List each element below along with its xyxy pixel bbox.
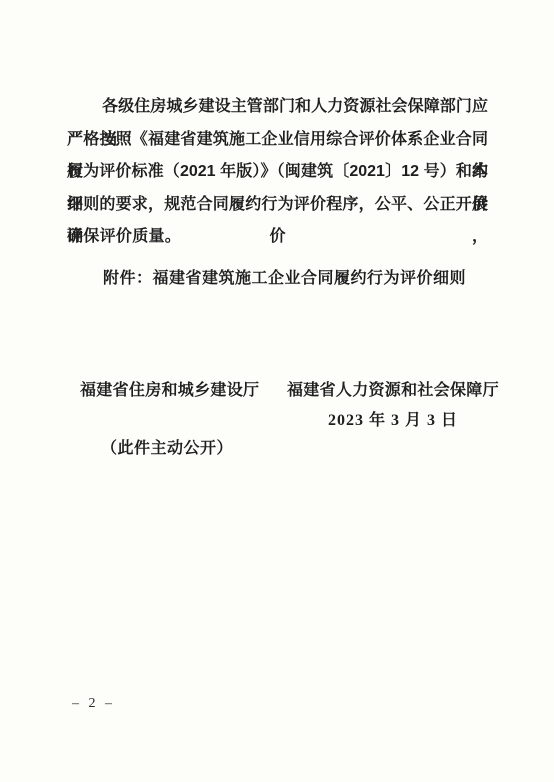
disclosure-note: （此件主动公开） — [101, 439, 233, 459]
paragraph-line-2: 严格按照《福建省建筑施工企业信用综合评价体系企业合同履约 — [67, 124, 488, 157]
body-paragraph: 各级住房城乡建设主管部门和人力资源社会保障部门应当 严格按照《福建省建筑施工企业… — [67, 91, 488, 254]
attachment-line: 附件：福建省建筑施工企业合同履约行为评价细则 — [103, 263, 466, 296]
page-number: – 2 – — [72, 696, 115, 712]
paragraph-line-4: 细则的要求，规范合同履约行为评价程序，公平、公正开展评价， — [67, 189, 488, 222]
agency-right-name: 福建省人力资源和社会保障厅 — [287, 381, 499, 401]
document-page: 各级住房城乡建设主管部门和人力资源社会保障部门应当 严格按照《福建省建筑施工企业… — [0, 0, 554, 782]
agency-left-name: 福建省住房和城乡建设厅 — [80, 381, 259, 401]
paragraph-line-1: 各级住房城乡建设主管部门和人力资源社会保障部门应当 — [67, 91, 488, 124]
paragraph-line-3: 行为评价标准（2021 年版）》（闽建筑〔2021〕12 号）和本评价 — [67, 156, 488, 189]
signature-date: 2023 年 3 月 3 日 — [328, 411, 458, 431]
